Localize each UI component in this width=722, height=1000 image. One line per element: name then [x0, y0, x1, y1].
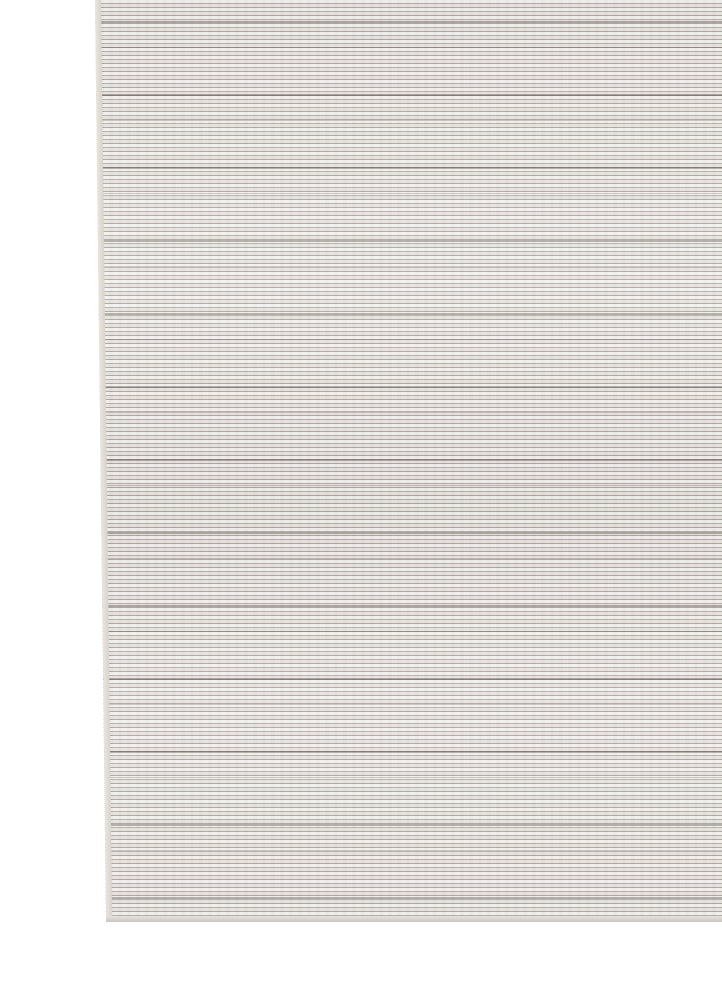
rug-surface — [95, 0, 722, 922]
rug-bottom-edge-binding — [106, 916, 722, 922]
